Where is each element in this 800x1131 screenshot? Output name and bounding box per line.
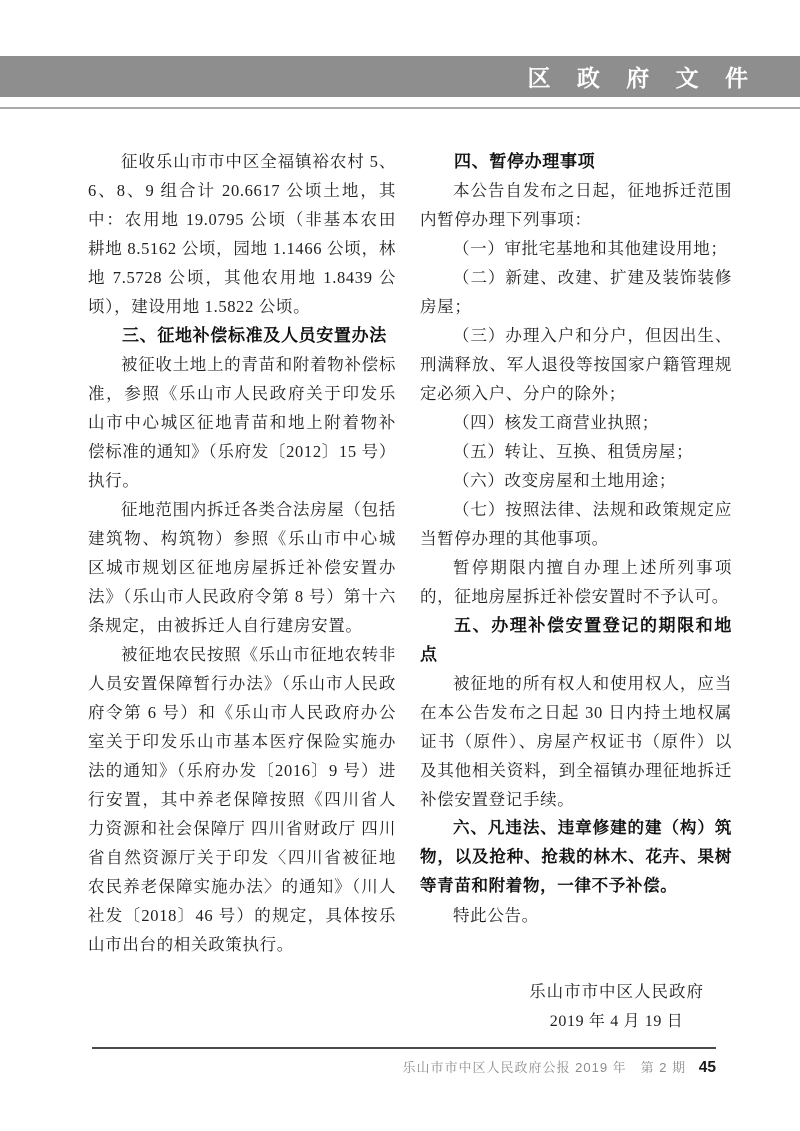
paragraph-house-demolition: 征地范围内拆迁各类合法房屋（包括建筑物、构筑物）参照《乐山市中心城区城市规划区征… <box>88 495 396 640</box>
list-item-6: （六）改变房屋和土地用途； <box>420 466 732 495</box>
list-item-2: （二）新建、改建、扩建及装饰装修房屋； <box>420 263 732 321</box>
list-item-4: （四）核发工商营业执照； <box>420 408 732 437</box>
signature-authority: 乐山市市中区人民政府 <box>529 977 704 1007</box>
section-heading-5: 五、办理补偿安置登记的期限和地点 <box>420 611 732 669</box>
list-item-3: （三）办理入户和分户，但因出生、刑满释放、军人退役等按国家户籍管理规定必须入户、… <box>420 321 732 408</box>
footer-rule <box>92 1047 716 1049</box>
list-item-1: （一）审批宅基地和其他建设用地； <box>420 234 732 263</box>
right-column: 四、暂停办理事项 本公告自发布之日起，征地拆迁范围内暂停办理下列事项： （一）审… <box>420 147 732 1037</box>
paragraph-illegal-structures: 六、凡违法、违章修建的建（构）筑物，以及抢种、抢栽的林木、花卉、果树等青苗和附着… <box>420 814 732 901</box>
document-page: 区 政 府 文 件 征收乐山市市中区全福镇裕农村 5、6、8、9 组合计 20.… <box>0 0 800 1131</box>
signature-block: 乐山市市中区人民政府 2019 年 4 月 19 日 <box>420 977 732 1037</box>
list-item-7: （七）按照法律、法规和政策规定应当暂停办理的其他事项。 <box>420 495 732 553</box>
banner-title: 区 政 府 文 件 <box>527 60 758 93</box>
header-rule <box>0 107 800 109</box>
paragraph-crop-compensation: 被征收土地上的青苗和附着物补偿标准，参照《乐山市人民政府关于印发乐山市中心城区征… <box>88 350 396 495</box>
footer-page-number: 45 <box>699 1059 716 1076</box>
section-heading-3: 三、征地补偿标准及人员安置办法 <box>88 321 396 350</box>
footer-publication-title: 乐山市市中区人民政府公报 2019 年 第 2 期 <box>403 1060 687 1075</box>
header-banner: 区 政 府 文 件 <box>0 56 800 97</box>
page-footer: 乐山市市中区人民政府公报 2019 年 第 2 期 45 <box>92 1057 716 1077</box>
paragraph-farmer-resettlement: 被征地农民按照《乐山市征地农转非人员安置保障暂行办法》（乐山市人民政府令第 6 … <box>88 640 396 959</box>
paragraph-closing: 特此公告。 <box>420 901 732 930</box>
section-heading-4: 四、暂停办理事项 <box>420 147 732 176</box>
left-column: 征收乐山市市中区全福镇裕农村 5、6、8、9 组合计 20.6617 公顷土地，… <box>88 147 396 959</box>
paragraph-suspend-note: 暂停期限内擅自办理上述所列事项的，征地房屋拆迁补偿安置时不予认可。 <box>420 553 732 611</box>
signature-date: 2019 年 4 月 19 日 <box>529 1007 704 1037</box>
paragraph-registration: 被征地的所有权人和使用权人，应当在本公告发布之日起 30 日内持土地权属证书（原… <box>420 669 732 814</box>
list-item-5: （五）转让、互换、租赁房屋； <box>420 437 732 466</box>
paragraph-land-area: 征收乐山市市中区全福镇裕农村 5、6、8、9 组合计 20.6617 公顷土地，… <box>88 147 396 321</box>
paragraph-suspend-intro: 本公告自发布之日起，征地拆迁范围内暂停办理下列事项： <box>420 176 732 234</box>
